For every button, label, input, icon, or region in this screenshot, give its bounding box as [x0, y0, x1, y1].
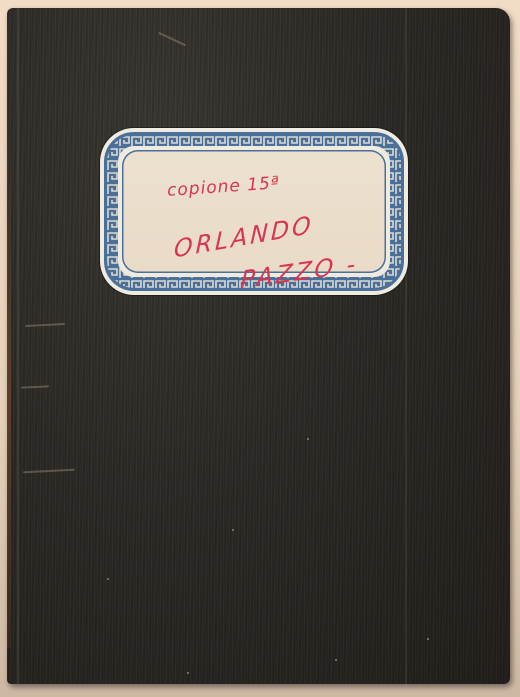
scuff-mark: [158, 32, 186, 46]
edge-wear: [7, 128, 11, 648]
label-line-1: copione 15ª: [166, 173, 280, 201]
cover-crease-right: [405, 8, 407, 684]
speck: [335, 659, 337, 661]
speck: [187, 672, 189, 674]
speck: [232, 529, 234, 531]
scuff-mark: [23, 469, 75, 474]
speck: [427, 638, 429, 640]
spine-crease-left: [17, 8, 19, 684]
notebook-cover: copione 15ª ORLANDO PAZZO -: [7, 8, 510, 684]
speck: [307, 438, 309, 440]
label-line-2: ORLANDO: [174, 210, 315, 263]
scuff-mark: [25, 323, 65, 327]
speck: [107, 578, 109, 580]
label-writing-area: copione 15ª ORLANDO PAZZO -: [122, 150, 386, 273]
scuff-mark: [21, 385, 49, 388]
cover-label: copione 15ª ORLANDO PAZZO -: [100, 128, 408, 295]
